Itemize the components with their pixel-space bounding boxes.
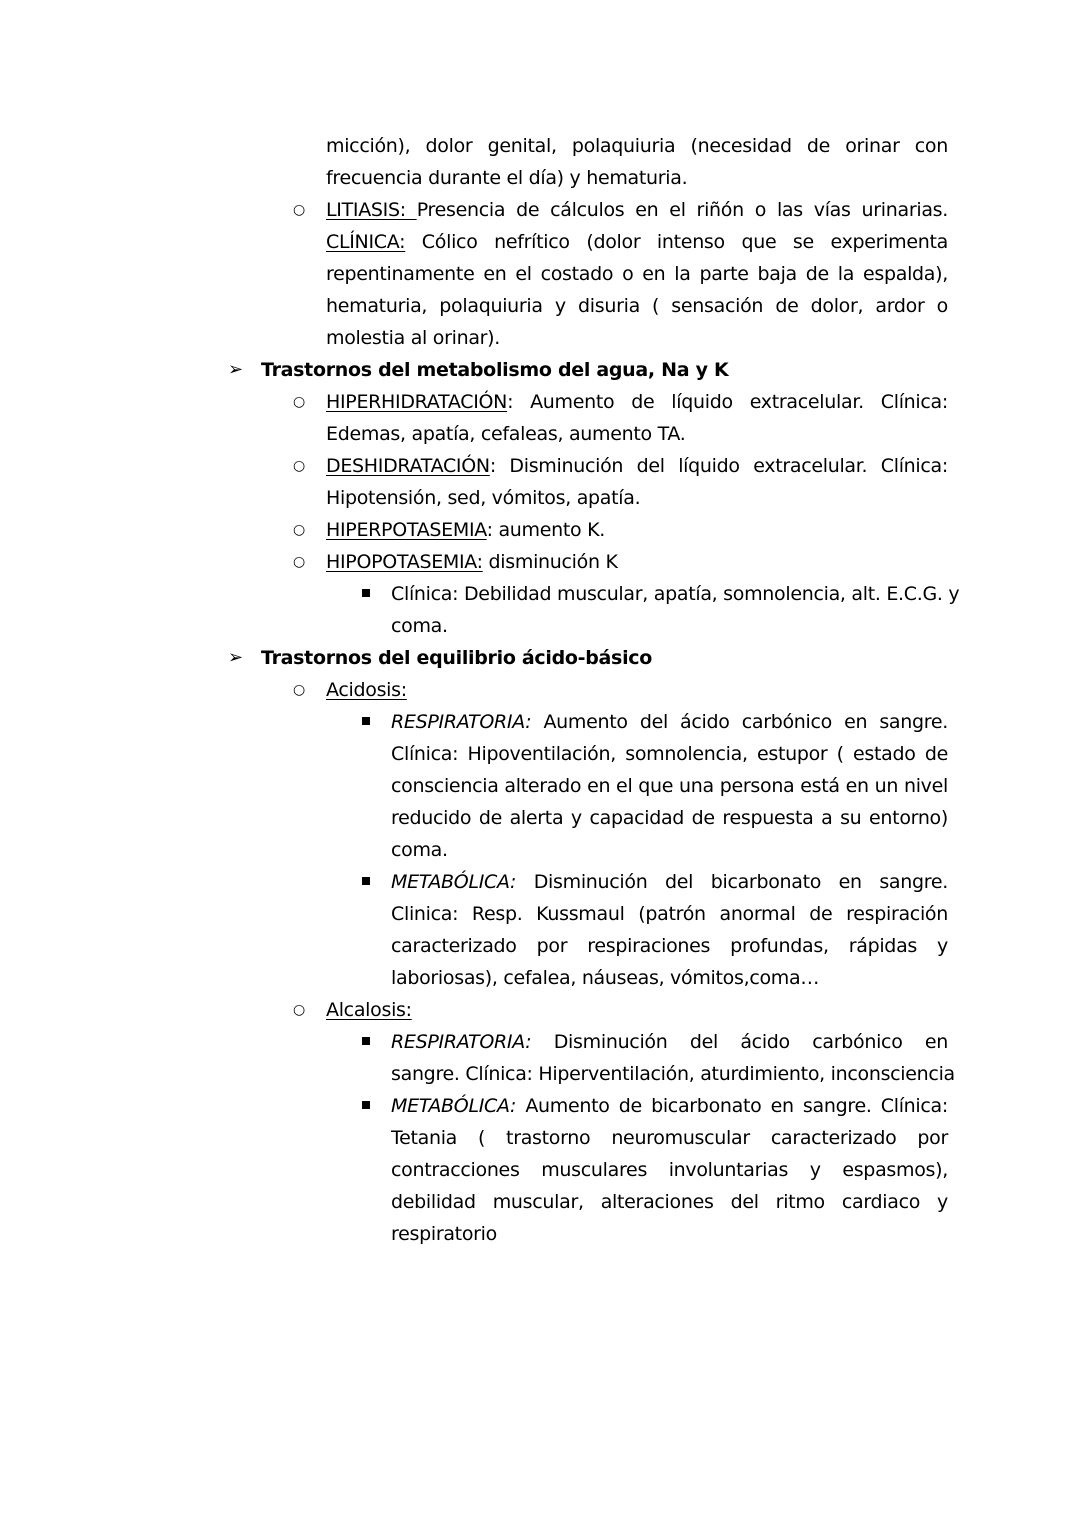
text-line: CLÍNICA: Cólico nefrítico (dolor intenso… bbox=[326, 226, 948, 258]
list-item-litiasis: LITIASIS: Presencia de cálculos en el ri… bbox=[326, 194, 948, 226]
square-bullet-icon bbox=[362, 589, 370, 597]
section-heading: Trastornos del equilibrio ácido-básico bbox=[261, 642, 652, 674]
list-item-hiperhidratacion: HIPERHIDRATACIÓN: Aumento de líquido ext… bbox=[326, 386, 948, 418]
list-item-deshidratacion: DESHIDRATACIÓN: Disminución del líquido … bbox=[326, 450, 948, 482]
circle-bullet-icon: ○ bbox=[293, 386, 305, 418]
list-item-acidosis-metabolica: METABÓLICA: Disminución del bicarbonato … bbox=[391, 866, 948, 898]
arrow-bullet-icon: ➢ bbox=[228, 354, 243, 386]
definition: : Aumento de líquido extracelular. Clíni… bbox=[507, 391, 948, 413]
circle-bullet-icon: ○ bbox=[293, 674, 305, 706]
definition: disminución K bbox=[483, 551, 618, 573]
definition: : aumento K. bbox=[487, 519, 605, 541]
text-line: frecuencia durante el día) y hematuria. bbox=[326, 162, 687, 194]
text-line: Clínica: Hipoventilación, somnolencia, e… bbox=[391, 738, 948, 770]
circle-bullet-icon: ○ bbox=[293, 450, 305, 482]
text-line: laboriosas), cefalea, náuseas, vómitos,c… bbox=[391, 962, 819, 994]
term-litiasis: LITIASIS: bbox=[326, 199, 417, 221]
text-line: contracciones musculares involuntarias y… bbox=[391, 1154, 948, 1186]
term: RESPIRATORIA: bbox=[391, 711, 531, 733]
text-line: Clinica: Resp. Kussmaul (patrón anormal … bbox=[391, 898, 948, 930]
text-line: debilidad muscular, alteraciones del rit… bbox=[391, 1186, 948, 1218]
definition: Aumento del ácido carbónico en sangre. bbox=[531, 711, 948, 733]
list-item-alcalosis-metabolica: METABÓLICA: Aumento de bicarbonato en sa… bbox=[391, 1090, 948, 1122]
list-item-hipopotasemia: HIPOPOTASEMIA: disminución K bbox=[326, 546, 618, 578]
section-heading: Trastornos del metabolismo del agua, Na … bbox=[261, 354, 728, 386]
definition: Disminución del ácido carbónico en bbox=[531, 1031, 948, 1053]
text-line: coma. bbox=[391, 610, 448, 642]
circle-bullet-icon: ○ bbox=[293, 546, 305, 578]
text-line: Hipotensión, sed, vómitos, apatía. bbox=[326, 482, 640, 514]
definition: Disminución del bicarbonato en sangre. bbox=[516, 871, 948, 893]
term: METABÓLICA: bbox=[391, 871, 516, 893]
text-line: Edemas, apatía, cefaleas, aumento TA. bbox=[326, 418, 686, 450]
text-line: micción), dolor genital, polaquiuria (ne… bbox=[326, 130, 948, 162]
list-item-hiperpotasemia: HIPERPOTASEMIA: aumento K. bbox=[326, 514, 605, 546]
term: HIPERPOTASEMIA bbox=[326, 519, 487, 541]
term-clinica: CLÍNICA: bbox=[326, 231, 405, 253]
square-bullet-icon bbox=[362, 1037, 370, 1045]
definition: : Disminución del líquido extracelular. … bbox=[490, 455, 948, 477]
subheading-alcalosis: Alcalosis: bbox=[326, 994, 412, 1026]
text-line: repentinamente en el costado o en la par… bbox=[326, 258, 948, 290]
text-line: hematuria, polaquiuria y disuria ( sensa… bbox=[326, 290, 948, 322]
text-line: Clínica: Debilidad muscular, apatía, som… bbox=[391, 578, 959, 610]
text-line: reducido de alerta y capacidad de respue… bbox=[391, 802, 948, 834]
circle-bullet-icon: ○ bbox=[293, 994, 305, 1026]
square-bullet-icon bbox=[362, 1101, 370, 1109]
text-line: sangre. Clínica: Hiperventilación, aturd… bbox=[391, 1058, 955, 1090]
definition: Presencia de cálculos en el riñón o las … bbox=[417, 199, 948, 221]
text-line: coma. bbox=[391, 834, 448, 866]
term: METABÓLICA: bbox=[391, 1095, 516, 1117]
square-bullet-icon bbox=[362, 717, 370, 725]
list-item-acidosis-respiratoria: RESPIRATORIA: Aumento del ácido carbónic… bbox=[391, 706, 948, 738]
text-line: Tetania ( trastorno neuromuscular caract… bbox=[391, 1122, 948, 1154]
circle-bullet-icon: ○ bbox=[293, 194, 305, 226]
term: HIPOPOTASEMIA: bbox=[326, 551, 483, 573]
subheading-acidosis: Acidosis: bbox=[326, 674, 407, 706]
term: HIPERHIDRATACIÓN bbox=[326, 391, 507, 413]
text-line: consciencia alterado en el que una perso… bbox=[391, 770, 948, 802]
definition: Cólico nefrítico (dolor intenso que se e… bbox=[405, 231, 948, 253]
text-line: respiratorio bbox=[391, 1218, 497, 1250]
list-item-alcalosis-respiratoria: RESPIRATORIA: Disminución del ácido carb… bbox=[391, 1026, 948, 1058]
square-bullet-icon bbox=[362, 877, 370, 885]
arrow-bullet-icon: ➢ bbox=[228, 642, 243, 674]
term: RESPIRATORIA: bbox=[391, 1031, 531, 1053]
document-page: micción), dolor genital, polaquiuria (ne… bbox=[0, 0, 1080, 1525]
text-line: molestia al orinar). bbox=[326, 322, 500, 354]
term: DESHIDRATACIÓN bbox=[326, 455, 490, 477]
definition: Aumento de bicarbonato en sangre. Clínic… bbox=[516, 1095, 948, 1117]
circle-bullet-icon: ○ bbox=[293, 514, 305, 546]
text-line: caracterizado por respiraciones profunda… bbox=[391, 930, 948, 962]
